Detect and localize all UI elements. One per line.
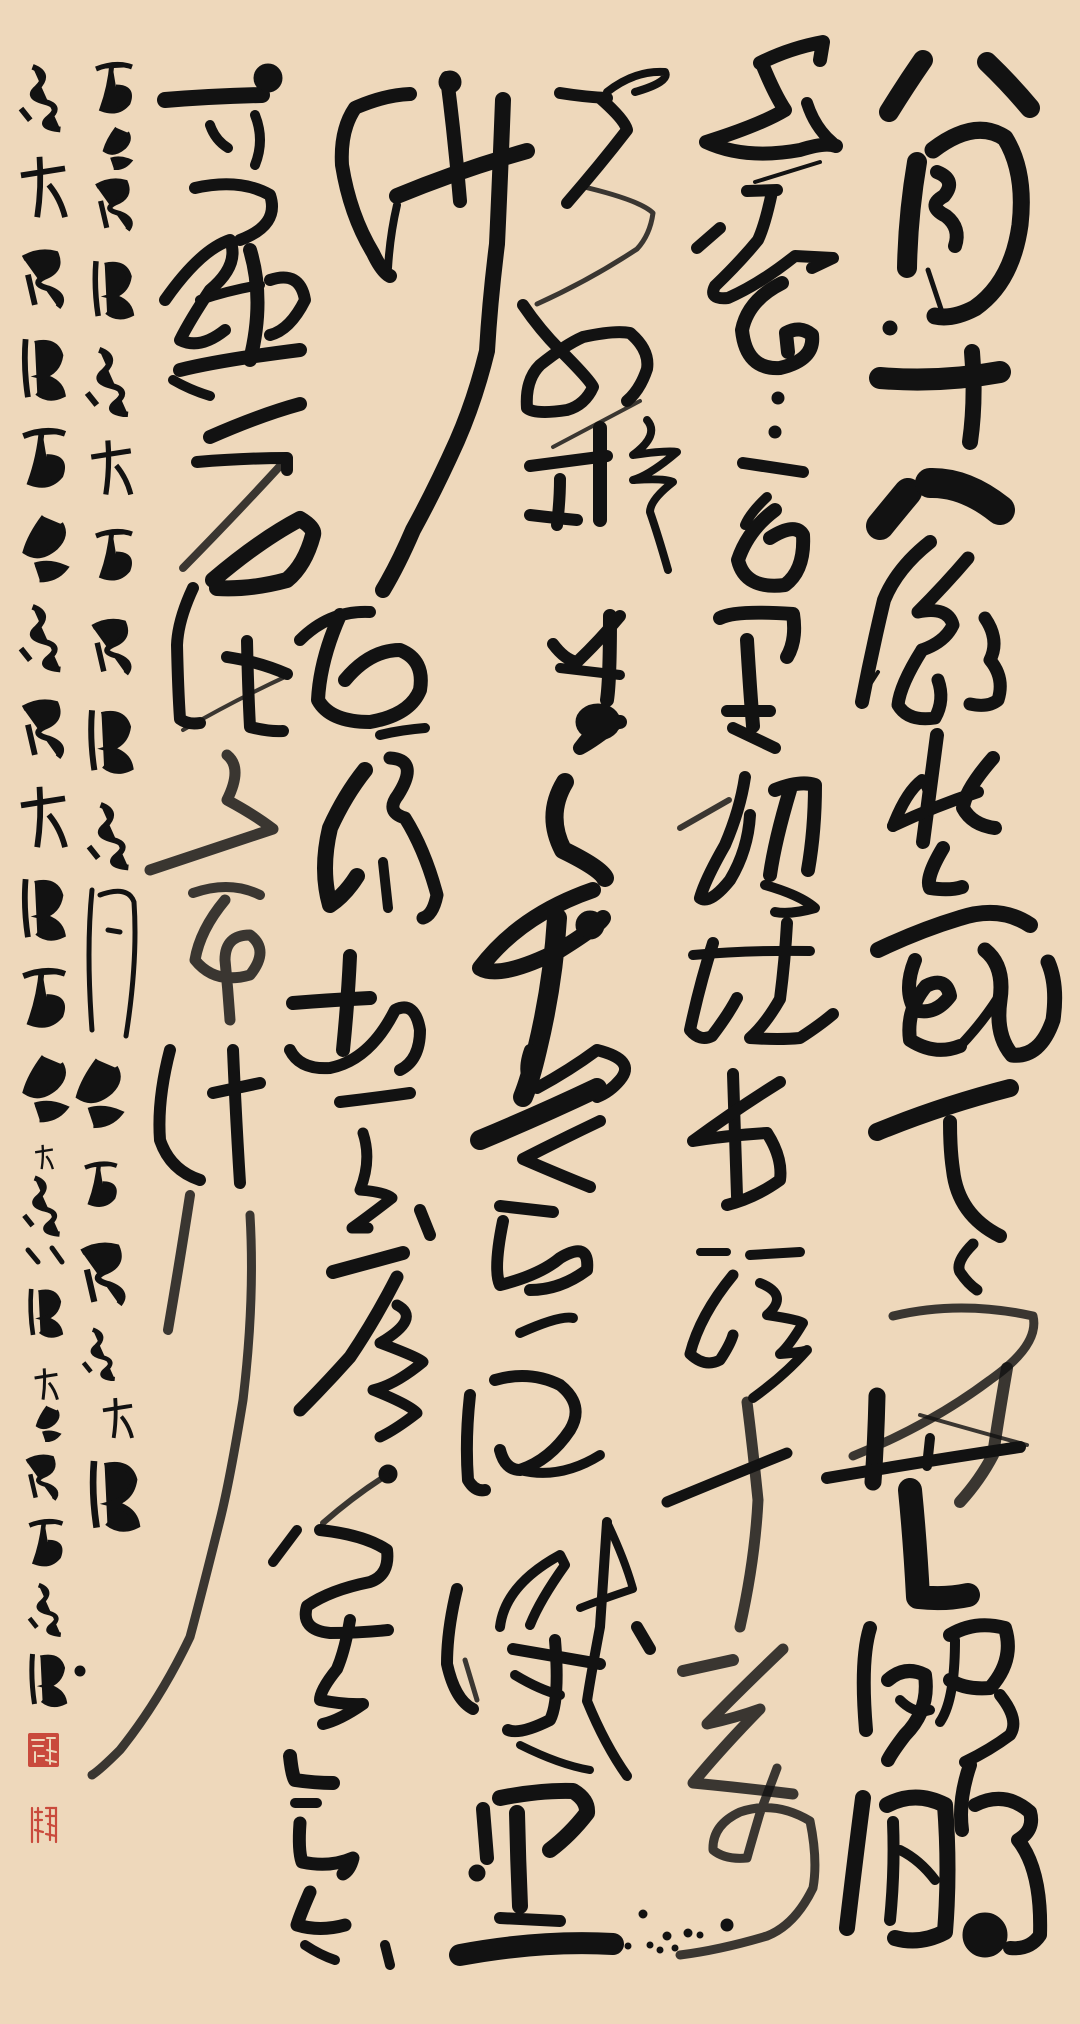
calligraphy-canvas [0,0,1080,2024]
seal-stamp-upper [28,1733,59,1767]
calligraphy-artwork: 八月十八潮壯觀天下無鯤鵬 水擊三千里組練長驅十萬 夫紅旗青蓋互明滅黑 沙白浪相吞… [0,0,1080,2024]
